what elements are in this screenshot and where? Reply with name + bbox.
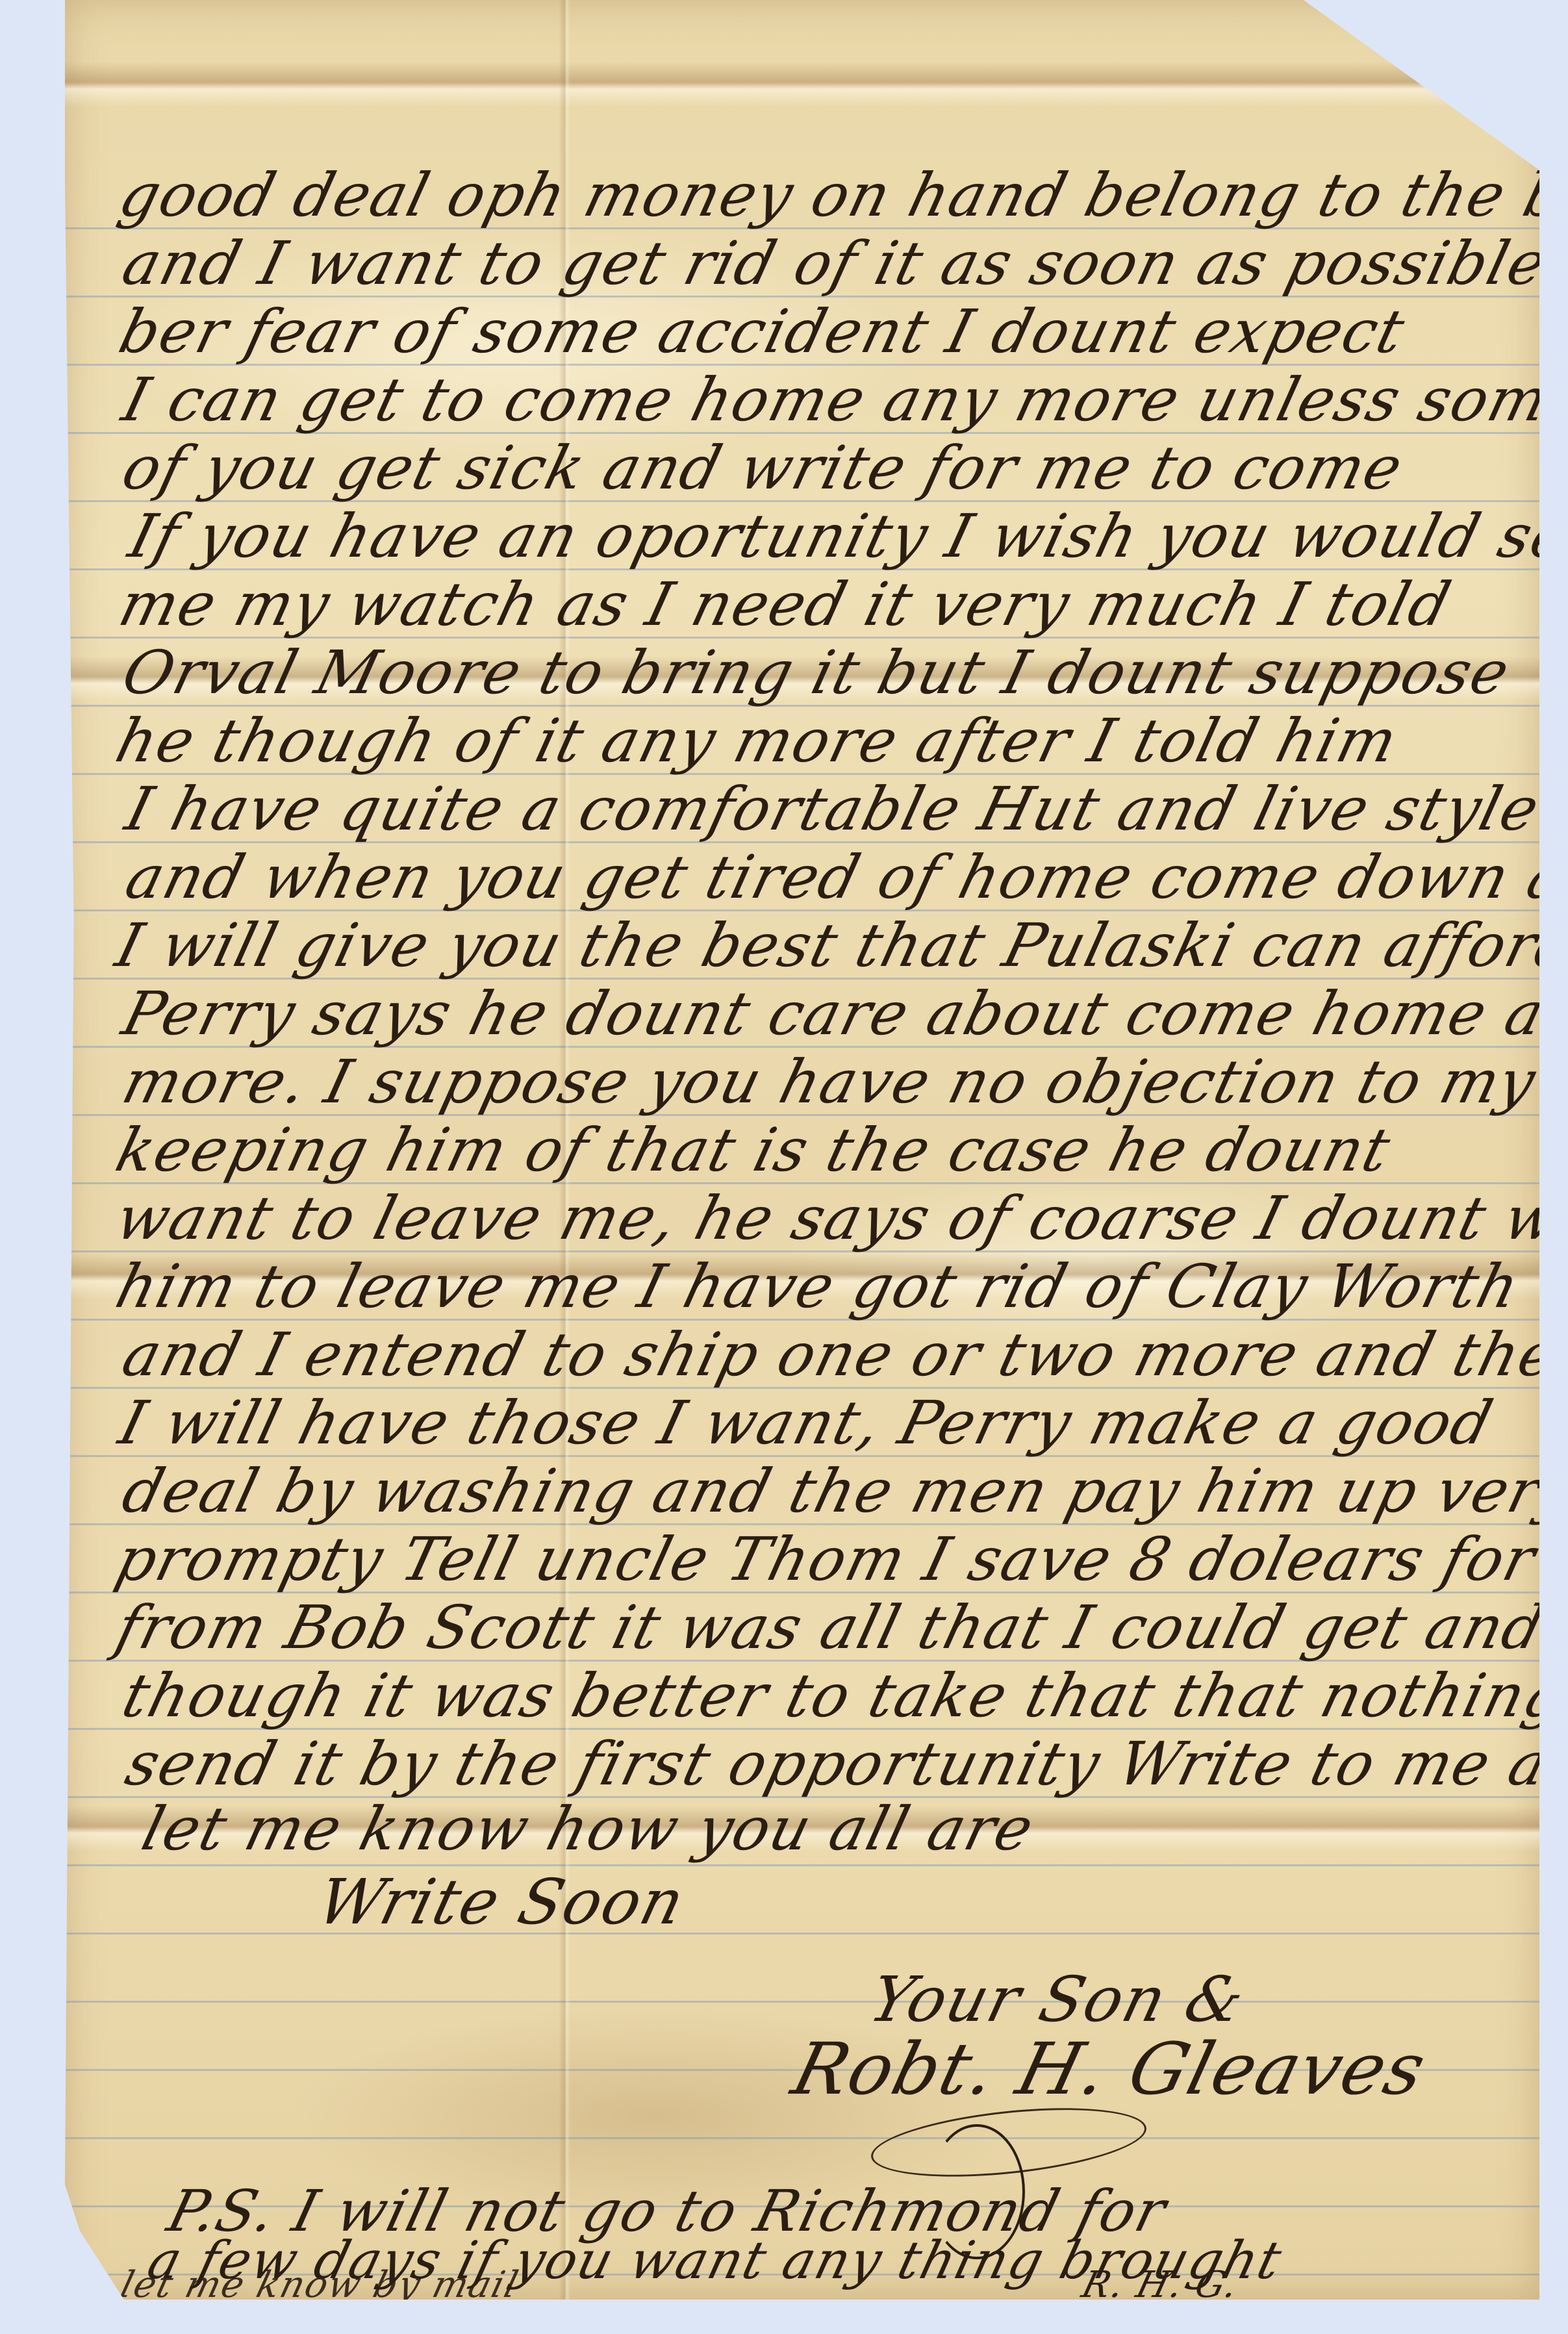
letter-line: I have quite a comfortable Hut and live … (120, 780, 1545, 839)
ruled-line (65, 2001, 1539, 2003)
letter-line: I will give you the best that Pulaski ca… (110, 916, 1568, 976)
letter-page: good deal oph money on hand belong to th… (65, 0, 1539, 2300)
letter-line: deal by washing and the men pay him up v… (117, 1462, 1568, 1521)
letter-line: Orval Moore to bring it but I dount supp… (117, 643, 1516, 703)
letter-line: good deal oph money on hand belong to th… (114, 166, 1568, 225)
letter-line: I can get to come home any more unless s… (117, 370, 1568, 430)
letter-line: Perry says he dount care about come home… (117, 984, 1568, 1044)
ruled-line (65, 1864, 1539, 1866)
letter-line: and when you get tired of home come down… (120, 848, 1568, 907)
letter-line: and I want to get rid of it as soon as p… (117, 234, 1553, 294)
letter-line: let me know how you all are (136, 1799, 1040, 1859)
ruled-line (65, 2137, 1539, 2139)
letter-line: he though of it any more after I told hi… (110, 711, 1404, 771)
letter-line: send it by the first opportunity Write t… (120, 1734, 1568, 1794)
letter-line: me my watch as I need it very much I tol… (114, 575, 1457, 635)
letter-line: want to leave me, he says of coarse I do… (110, 1189, 1568, 1249)
letter-line: from Bob Scott it was all that I could g… (110, 1598, 1568, 1658)
postscript-line: let me know by mail (117, 2267, 522, 2303)
letter-line: him to leave me I have got rid of Clay W… (110, 1257, 1526, 1317)
signature: Robt. H. Gleaves (786, 2033, 1433, 2105)
letter-line: though it was better to take that that n… (117, 1666, 1568, 1726)
letter-line: I will have those I want, Perry make a g… (114, 1393, 1499, 1453)
closing-text: Write Soon (312, 1871, 691, 1933)
ruled-line (65, 1933, 1539, 1934)
letter-line: If you have an oportunity I wish you wou… (123, 507, 1568, 566)
letter-line: prompty Tell uncle Thom I save 8 dolears… (110, 1530, 1568, 1590)
letter-line: keeping him of that is the case he dount (110, 1121, 1397, 1180)
letter-line: of you get sick and write for me to come (117, 438, 1409, 498)
fold-crease (65, 62, 1539, 107)
postscript-initials: R. H. G. (1078, 2267, 1243, 2303)
letter-line: and I entend to ship one or two more and… (117, 1325, 1568, 1385)
letter-line: more. I suppose you have no objection to… (117, 1052, 1542, 1112)
letter-line: ber fear of some accident I dount expect (114, 302, 1411, 362)
valediction-text: Your Son & (864, 1968, 1251, 2031)
